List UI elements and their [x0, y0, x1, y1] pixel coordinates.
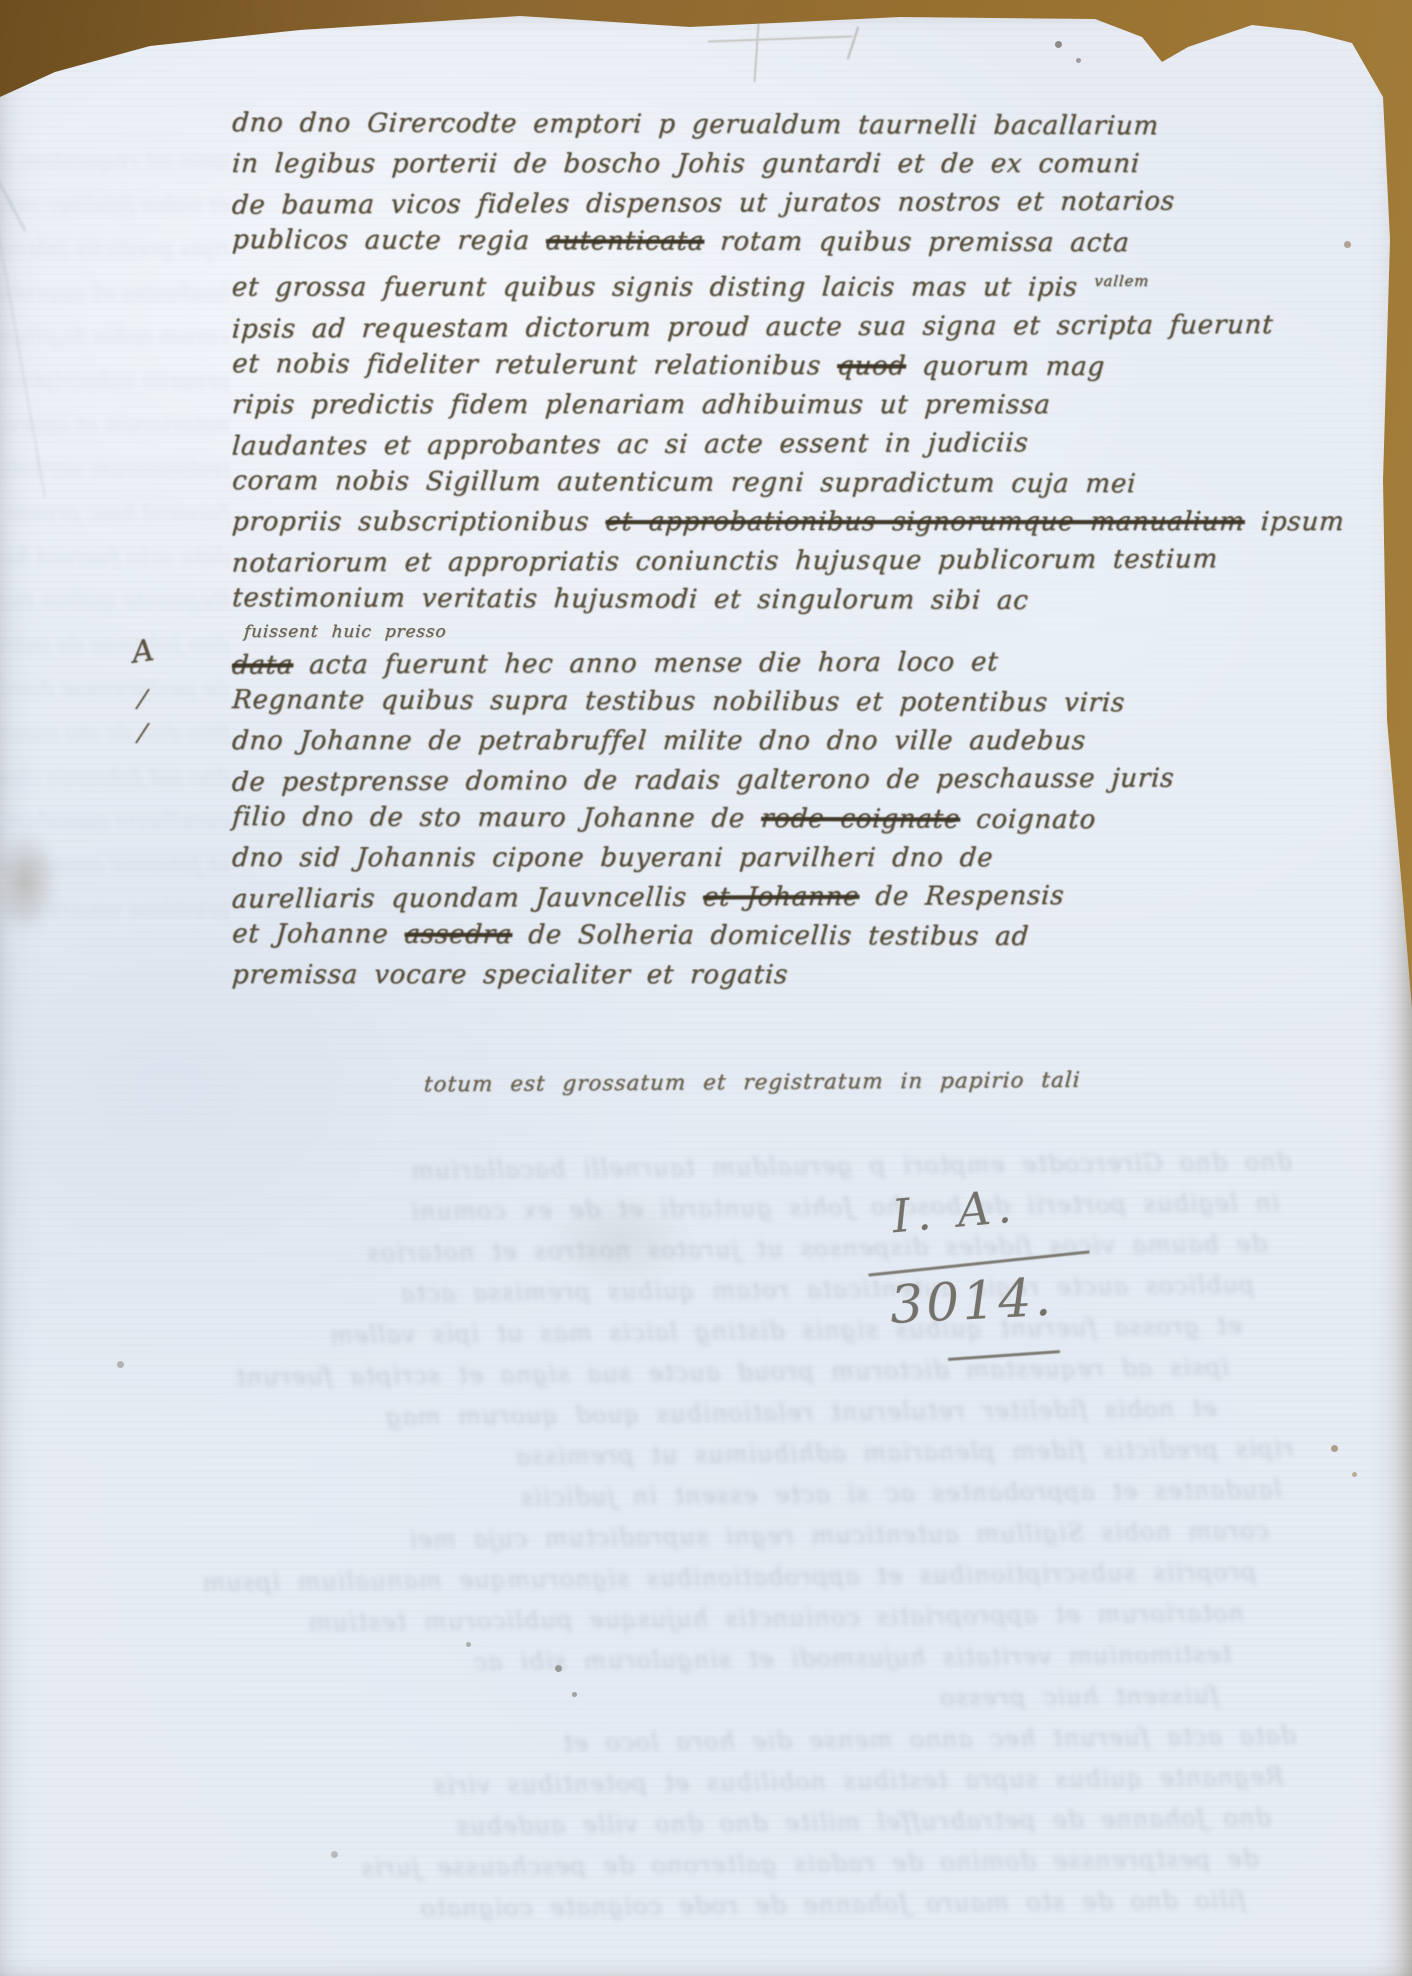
- struck-text: et approbationibus signorumque manualium: [604, 507, 1245, 537]
- manuscript-text: coram nobis Sigillum autenticum regni su…: [231, 466, 1137, 499]
- manuscript-line: ipsis ad requestam dictorum proud aucte …: [231, 305, 1394, 349]
- manuscript-text: vallem: [1094, 272, 1150, 290]
- bleedthrough-line: filio dno de sto mauro Johanne de rode c…: [0, 712, 230, 756]
- bleedthrough-line: de pestprensse domino de radais galteron…: [0, 668, 230, 712]
- bleedthrough-line: data acta fuerunt hec anno mense die hor…: [28, 1715, 1296, 1769]
- bleedthrough-line: de pestprensse domino de radais galteron…: [29, 1839, 1258, 1893]
- bleedthrough-line: dno Johanne de petrabruffel milite dno d…: [29, 1798, 1271, 1852]
- manuscript-text: publicos aucte regia: [231, 225, 547, 256]
- manuscript-line: et Johanne assedra de Solheria domicelli…: [231, 915, 1393, 958]
- struck-text: et Johanne: [702, 881, 860, 912]
- archive-shelfmark-letters: I. A.: [890, 1179, 1019, 1244]
- manuscript-text: dno sid Johannis cipone buyerani parvilh…: [231, 843, 994, 873]
- bleedthrough-line: fuissent huic presso: [0, 492, 230, 536]
- manuscript-line: et grossa fuerunt quibus signis disting …: [230, 262, 1393, 308]
- struck-text: quod: [836, 351, 907, 381]
- struck-text: rode coignate: [760, 803, 961, 834]
- cross-mark-horizontal: [708, 35, 852, 42]
- bleedthrough-line: ripis predictis fidem plenariam adhibuim…: [0, 228, 230, 272]
- manuscript-text: de bauma vicos fideles dispensos ut jura…: [231, 186, 1176, 220]
- manuscript-text: dno dno Girercodte emptori p gerualdum t…: [231, 108, 1160, 141]
- bleedthrough-line: Regnante quibus supra testibus nobilibus…: [0, 580, 230, 624]
- manuscript-line: notariorum et appropriatis coniunctis hu…: [231, 539, 1394, 583]
- bleedthrough-line: testimonium veritatis hujusmodi et singu…: [0, 448, 230, 492]
- manuscript-text: premissa vocare specialiter et rogatis: [231, 960, 789, 990]
- bleedthrough-line: testimonium veritatis hujusmodi et singu…: [27, 1634, 1231, 1688]
- stain: [0, 812, 70, 952]
- struck-text: data: [231, 650, 294, 680]
- manuscript-text: de Respensis: [858, 881, 1065, 912]
- bleedthrough-line: ipsis ad requestam dictorum proud aucte …: [24, 1347, 1229, 1401]
- manuscript-text: acta fuerunt hec anno mense die hora loc…: [292, 647, 999, 680]
- manuscript-text: et nobis fideliter retulerunt relationib…: [231, 349, 838, 381]
- manuscript-line: laudantes et approbantes ac si acte esse…: [231, 422, 1394, 466]
- manuscript-text: rotam quibus premissa acta: [703, 227, 1130, 258]
- manuscript-line: publicos aucte regia autenticata rotam q…: [231, 221, 1393, 264]
- archive-shelfmark-number: 3014.: [889, 1268, 1056, 1336]
- manuscript-text: fuissent huic presso: [243, 622, 447, 642]
- manuscript-line: dno sid Johannis cipone buyerani parvilh…: [231, 839, 1394, 878]
- manuscript-text: Regnante quibus supra testibus nobilibus…: [231, 685, 1126, 718]
- struck-text: assedra: [404, 919, 514, 949]
- manuscript-line: filio dno de sto mauro Johanne de rode c…: [231, 798, 1393, 841]
- bleedthrough-line: dno sid Johannis cipone buyerani parvilh…: [0, 756, 230, 800]
- manuscript-line: propriis subscriptionibus et approbation…: [231, 503, 1394, 542]
- bleedthrough-line: coram nobis Sigillum autenticum regni su…: [0, 316, 230, 360]
- margin-tick: ∕: [136, 682, 179, 720]
- manuscript-line: de pestprensse domino de radais galteron…: [231, 758, 1394, 802]
- manuscript-text: ipsum: [1244, 507, 1346, 537]
- manuscript-line: aurelliaris quondam Jauvncellis et Johan…: [231, 875, 1394, 919]
- paper-crease: [0, 202, 46, 498]
- bleedthrough-line: laudantes et approbantes ac si acte esse…: [25, 1470, 1281, 1524]
- bleedthrough-line: dno Johanne de petrabruffel milite dno d…: [0, 624, 230, 668]
- bleedthrough-line: et nobis fideliter retulerunt relationib…: [0, 184, 230, 228]
- bleedthrough-line: propriis subscriptionibus et approbation…: [26, 1552, 1256, 1606]
- manuscript-text: coignato: [959, 804, 1097, 834]
- closing-note: totum est grossatum et registratum in pa…: [423, 1068, 1081, 1098]
- manuscript-text: filio dno de sto mauro Johanne de: [231, 802, 762, 834]
- manuscript-line: testimonium veritatis hujusmodi et singu…: [231, 579, 1393, 622]
- manuscript-text-block: dno dno Girercodte emptori p gerualdum t…: [232, 106, 1392, 995]
- manuscript-text: testimonium veritatis hujusmodi et singu…: [231, 583, 1029, 616]
- manuscript-text: ripis predictis fidem plenariam adhibuim…: [231, 390, 1052, 420]
- bleedthrough-line: ipsis ad requestam dictorum proud aucte …: [0, 140, 230, 184]
- bleedthrough-line: laudantes et approbantes ac si acte esse…: [0, 272, 230, 316]
- manuscript-line: dno Johanne de petrabruffel milite dno d…: [231, 722, 1394, 761]
- shelfmark-underline: [948, 1350, 1060, 1361]
- manuscript-line: in legibus porterii de boscho Johis gunt…: [231, 145, 1394, 184]
- margin-annotation: A: [130, 633, 157, 671]
- manuscript-text: quorum mag: [905, 351, 1106, 382]
- bleedthrough-line: et nobis fideliter retulerunt relationib…: [24, 1388, 1216, 1441]
- bleedthrough-line: ripis predictis fidem plenariam adhibuim…: [25, 1428, 1294, 1482]
- margin-ticks: ∕∕: [138, 684, 178, 752]
- bleedthrough-line: Regnante quibus supra testibus nobilibus…: [28, 1756, 1283, 1810]
- manuscript-text: et grossa fuerunt quibus signis disting …: [231, 273, 1095, 303]
- margin-tick: ∕: [136, 716, 179, 754]
- manuscript-line: et nobis fideliter retulerunt relationib…: [231, 345, 1393, 388]
- bleedthrough-line: filio dno de sto mauro Johanne de rode c…: [30, 1880, 1246, 1934]
- manuscript-text: de pestprensse domino de radais galteron…: [231, 763, 1175, 797]
- manuscript-text: de Solheria domicellis testibus ad: [511, 920, 1030, 952]
- manuscript-text: propriis subscriptionibus: [231, 507, 606, 537]
- manuscript-line: de bauma vicos fideles dispensos ut jura…: [231, 181, 1394, 225]
- manuscript-text: in legibus porterii de boscho Johis gunt…: [231, 149, 1141, 179]
- manuscript-text: dno Johanne de petrabruffel milite dno d…: [231, 726, 1087, 756]
- manuscript-line: Regnante quibus supra testibus nobilibus…: [231, 681, 1393, 724]
- struck-text: autenticata: [545, 226, 705, 257]
- bleedthrough-line: propriis subscriptionibus et approbation…: [0, 360, 230, 404]
- bleedthrough-line: coram nobis Sigillum autenticum regni su…: [26, 1511, 1269, 1565]
- stain: [520, 1180, 720, 1300]
- manuscript-line: dno dno Girercodte emptori p gerualdum t…: [231, 104, 1393, 147]
- bleedthrough-line: notariorum et appropriatis coniunctis hu…: [27, 1593, 1244, 1647]
- bleedthrough-line: data acta fuerunt hec anno mense die hor…: [0, 536, 230, 580]
- bleedthrough-line: fuissent huic presso: [27, 1675, 1218, 1728]
- paper-crease: [0, 125, 26, 232]
- interlinear-insert: fuissent huic presso: [243, 620, 1393, 644]
- manuscript-text: et Johanne: [231, 919, 405, 950]
- manuscript-text: ipsis ad requestam dictorum proud aucte …: [231, 310, 1275, 345]
- manuscript-line: ripis predictis fidem plenariam adhibuim…: [231, 386, 1394, 425]
- manuscript-line: premissa vocare specialiter et rogatis: [231, 956, 1394, 995]
- manuscript-text: laudantes et approbantes ac si acte esse…: [231, 428, 1030, 461]
- manuscript-photo: ipsis ad requestam dictorum proud aucte …: [0, 0, 1412, 1976]
- manuscript-text: notariorum et appropriatis coniunctis hu…: [231, 544, 1219, 578]
- manuscript-text: aurelliaris quondam Jauvncellis: [231, 882, 704, 914]
- manuscript-line: coram nobis Sigillum autenticum regni su…: [231, 462, 1393, 505]
- paper-sheet: ipsis ad requestam dictorum proud aucte …: [0, 0, 1412, 1976]
- manuscript-line: data acta fuerunt hec anno mense die hor…: [231, 641, 1394, 685]
